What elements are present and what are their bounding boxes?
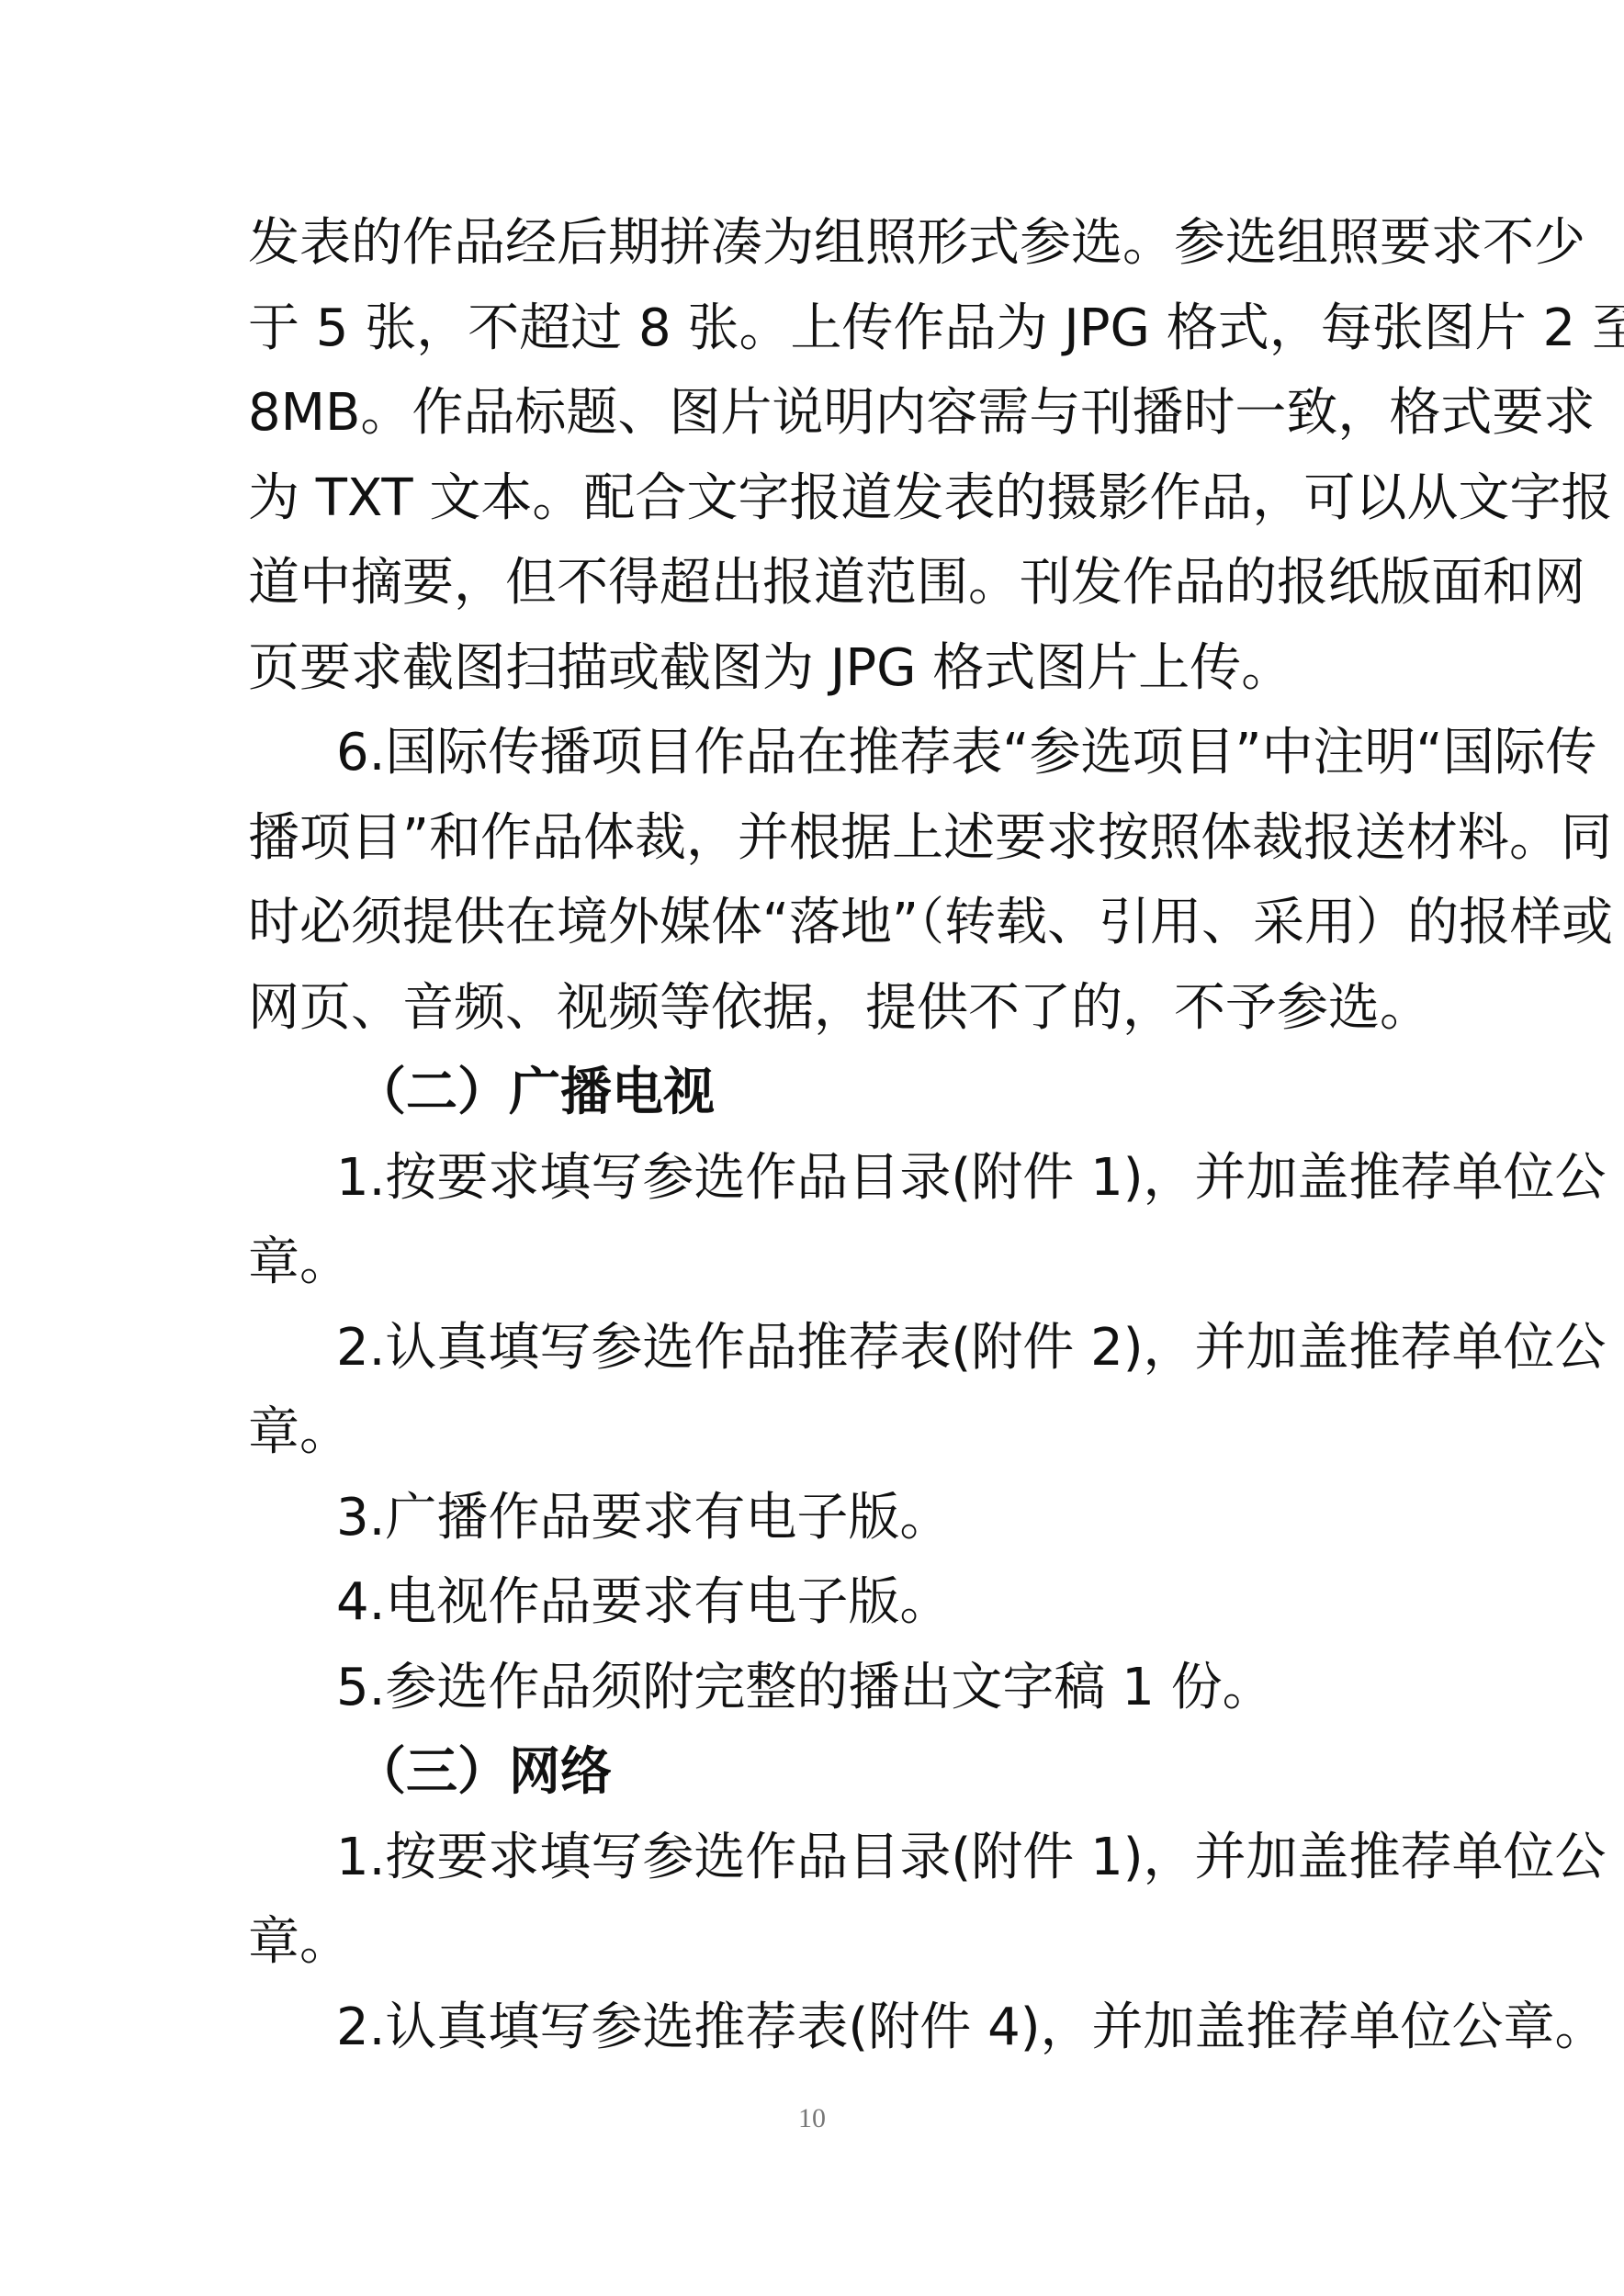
paragraph-line: 于 5 张，不超过 8 张。上传作品为 JPG 格式，每张图片 2 至 [248,287,1378,372]
list-item-2: 2.认真填写参选作品推荐表(附件 2)，并加盖推荐单位公 [248,1306,1378,1391]
list-item-international-6: 6.国际传播项目作品在推荐表“参选项目”中注明“国际传 [248,711,1378,796]
paragraph-line: 网页、音频、视频等依据，提供不了的，不予参选。 [248,966,1378,1052]
paragraph-line: 8MB。作品标题、图片说明内容需与刊播时一致，格式要求 [248,371,1378,456]
list-item-4: 4.电视作品要求有电子版。 [248,1560,1378,1646]
page-number: 10 [0,2103,1624,2134]
paragraph-line: 章。 [248,1900,1378,1986]
paragraph-line: 发表的作品经后期拼凑为组照形式参选。参选组照要求不少 [248,201,1378,287]
document-page-body: 发表的作品经后期拼凑为组照形式参选。参选组照要求不少 于 5 张，不超过 8 张… [248,201,1378,2070]
list-item-3: 3.广播作品要求有电子版。 [248,1476,1378,1561]
paragraph-line: 为 TXT 文本。配合文字报道发表的摄影作品，可以从文字报 [248,456,1378,542]
section-heading-broadcast-tv: （二）广播电视 [248,1051,1378,1136]
paragraph-line: 播项目”和作品体裁，并根据上述要求按照体裁报送材料。同 [248,796,1378,882]
section-heading-network: （三）网络 [248,1730,1378,1816]
paragraph-line: 页要求截图扫描或截图为 JPG 格式图片上传。 [248,626,1378,712]
paragraph-line: 道中摘要，但不得超出报道范围。刊发作品的报纸版面和网 [248,541,1378,626]
paragraph-line: 章。 [248,1390,1378,1476]
list-item-5: 5.参选作品须附完整的播出文字稿 1 份。 [248,1646,1378,1731]
paragraph-line: 时必须提供在境外媒体“落地”（转载、引用、采用）的报样或 [248,881,1378,966]
list-item-1: 1.按要求填写参选作品目录(附件 1)，并加盖推荐单位公 [248,1136,1378,1221]
paragraph-line: 章。 [248,1221,1378,1306]
list-item-1: 1.按要求填写参选作品目录(附件 1)，并加盖推荐单位公 [248,1816,1378,1901]
list-item-2: 2.认真填写参选推荐表(附件 4)，并加盖推荐单位公章。 [248,1986,1378,2071]
